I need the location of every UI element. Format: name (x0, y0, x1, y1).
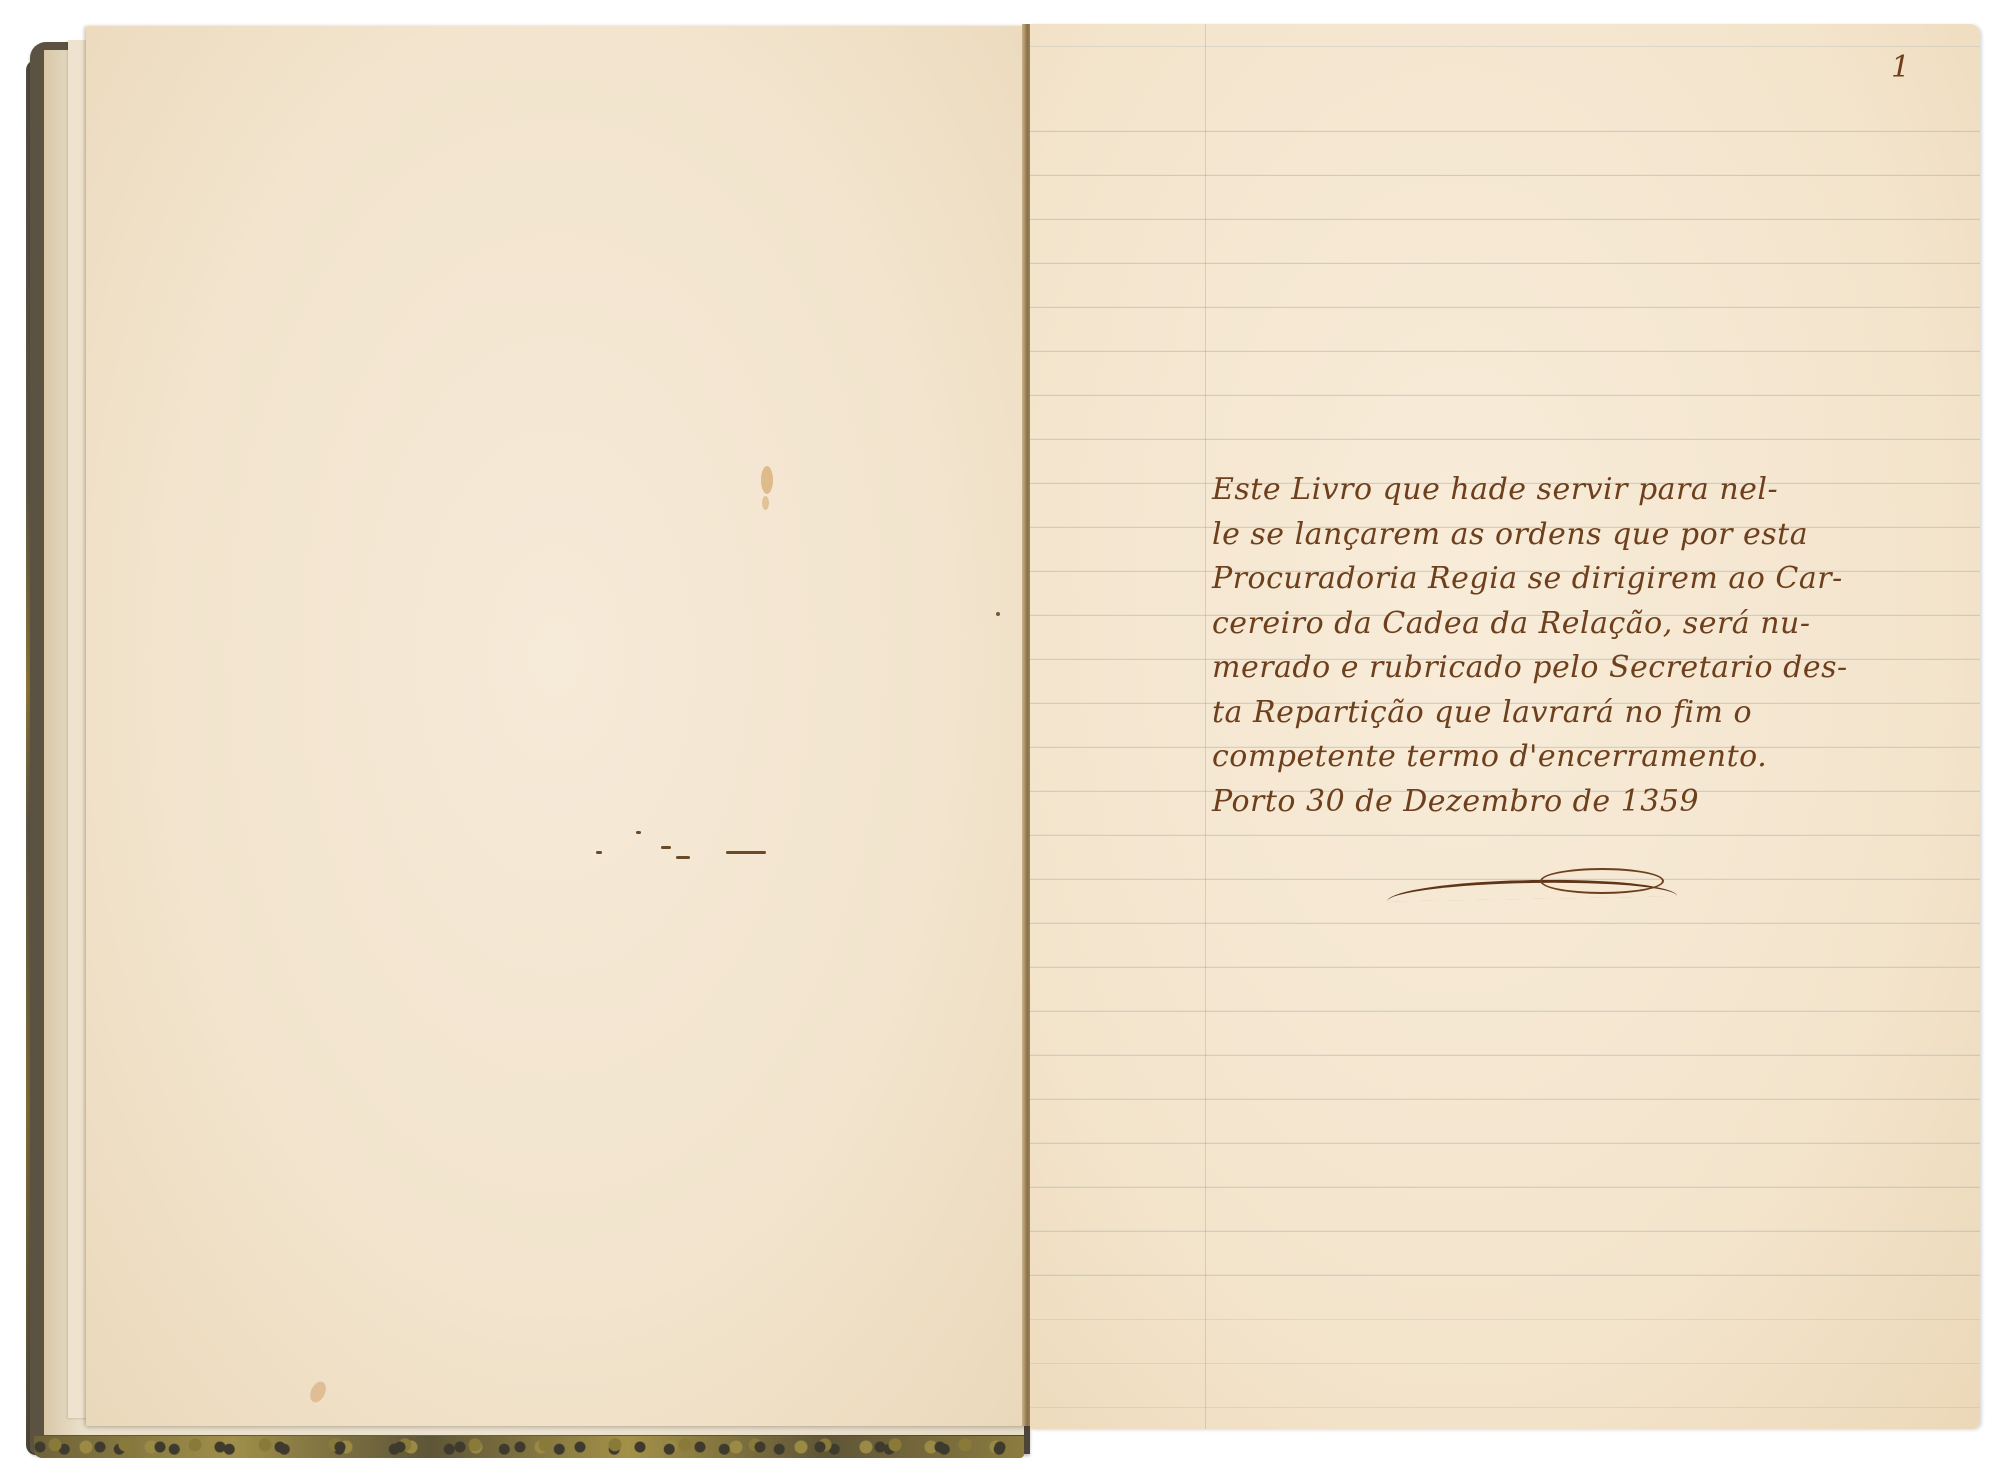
ink-bleed-marks (566, 826, 766, 886)
marbled-cover-edge (34, 1436, 1024, 1458)
entry-line: competente termo d'encerramento. (1212, 735, 1912, 780)
left-page (86, 26, 1026, 1426)
entry-line: Procuradoria Regia se dirigirem ao Car- (1212, 557, 1912, 602)
folio-number: 1 (1891, 50, 1910, 85)
entry-line: le se lançarem as ordens que por esta (1212, 513, 1912, 558)
signature-loop (1540, 868, 1664, 894)
foxing-stain (762, 496, 769, 510)
entry-line: cereiro da Cadea da Relação, será nu- (1212, 602, 1912, 647)
foxing-stain (307, 1379, 329, 1405)
entry-line: ta Repartição que lavrará no fim o (1212, 691, 1912, 736)
entry-line: merado e rubricado pelo Secretario des- (1212, 646, 1912, 691)
handwritten-entry: Este Livro que hade servir para nel- le … (1212, 468, 1912, 824)
entry-line-date: Porto 30 de Dezembro de 1359 (1212, 780, 1912, 825)
foxing-stain (761, 466, 773, 494)
entry-line: Este Livro que hade servir para nel- (1212, 468, 1912, 513)
margin-rule (1205, 24, 1206, 1429)
ink-speck (996, 612, 1000, 616)
